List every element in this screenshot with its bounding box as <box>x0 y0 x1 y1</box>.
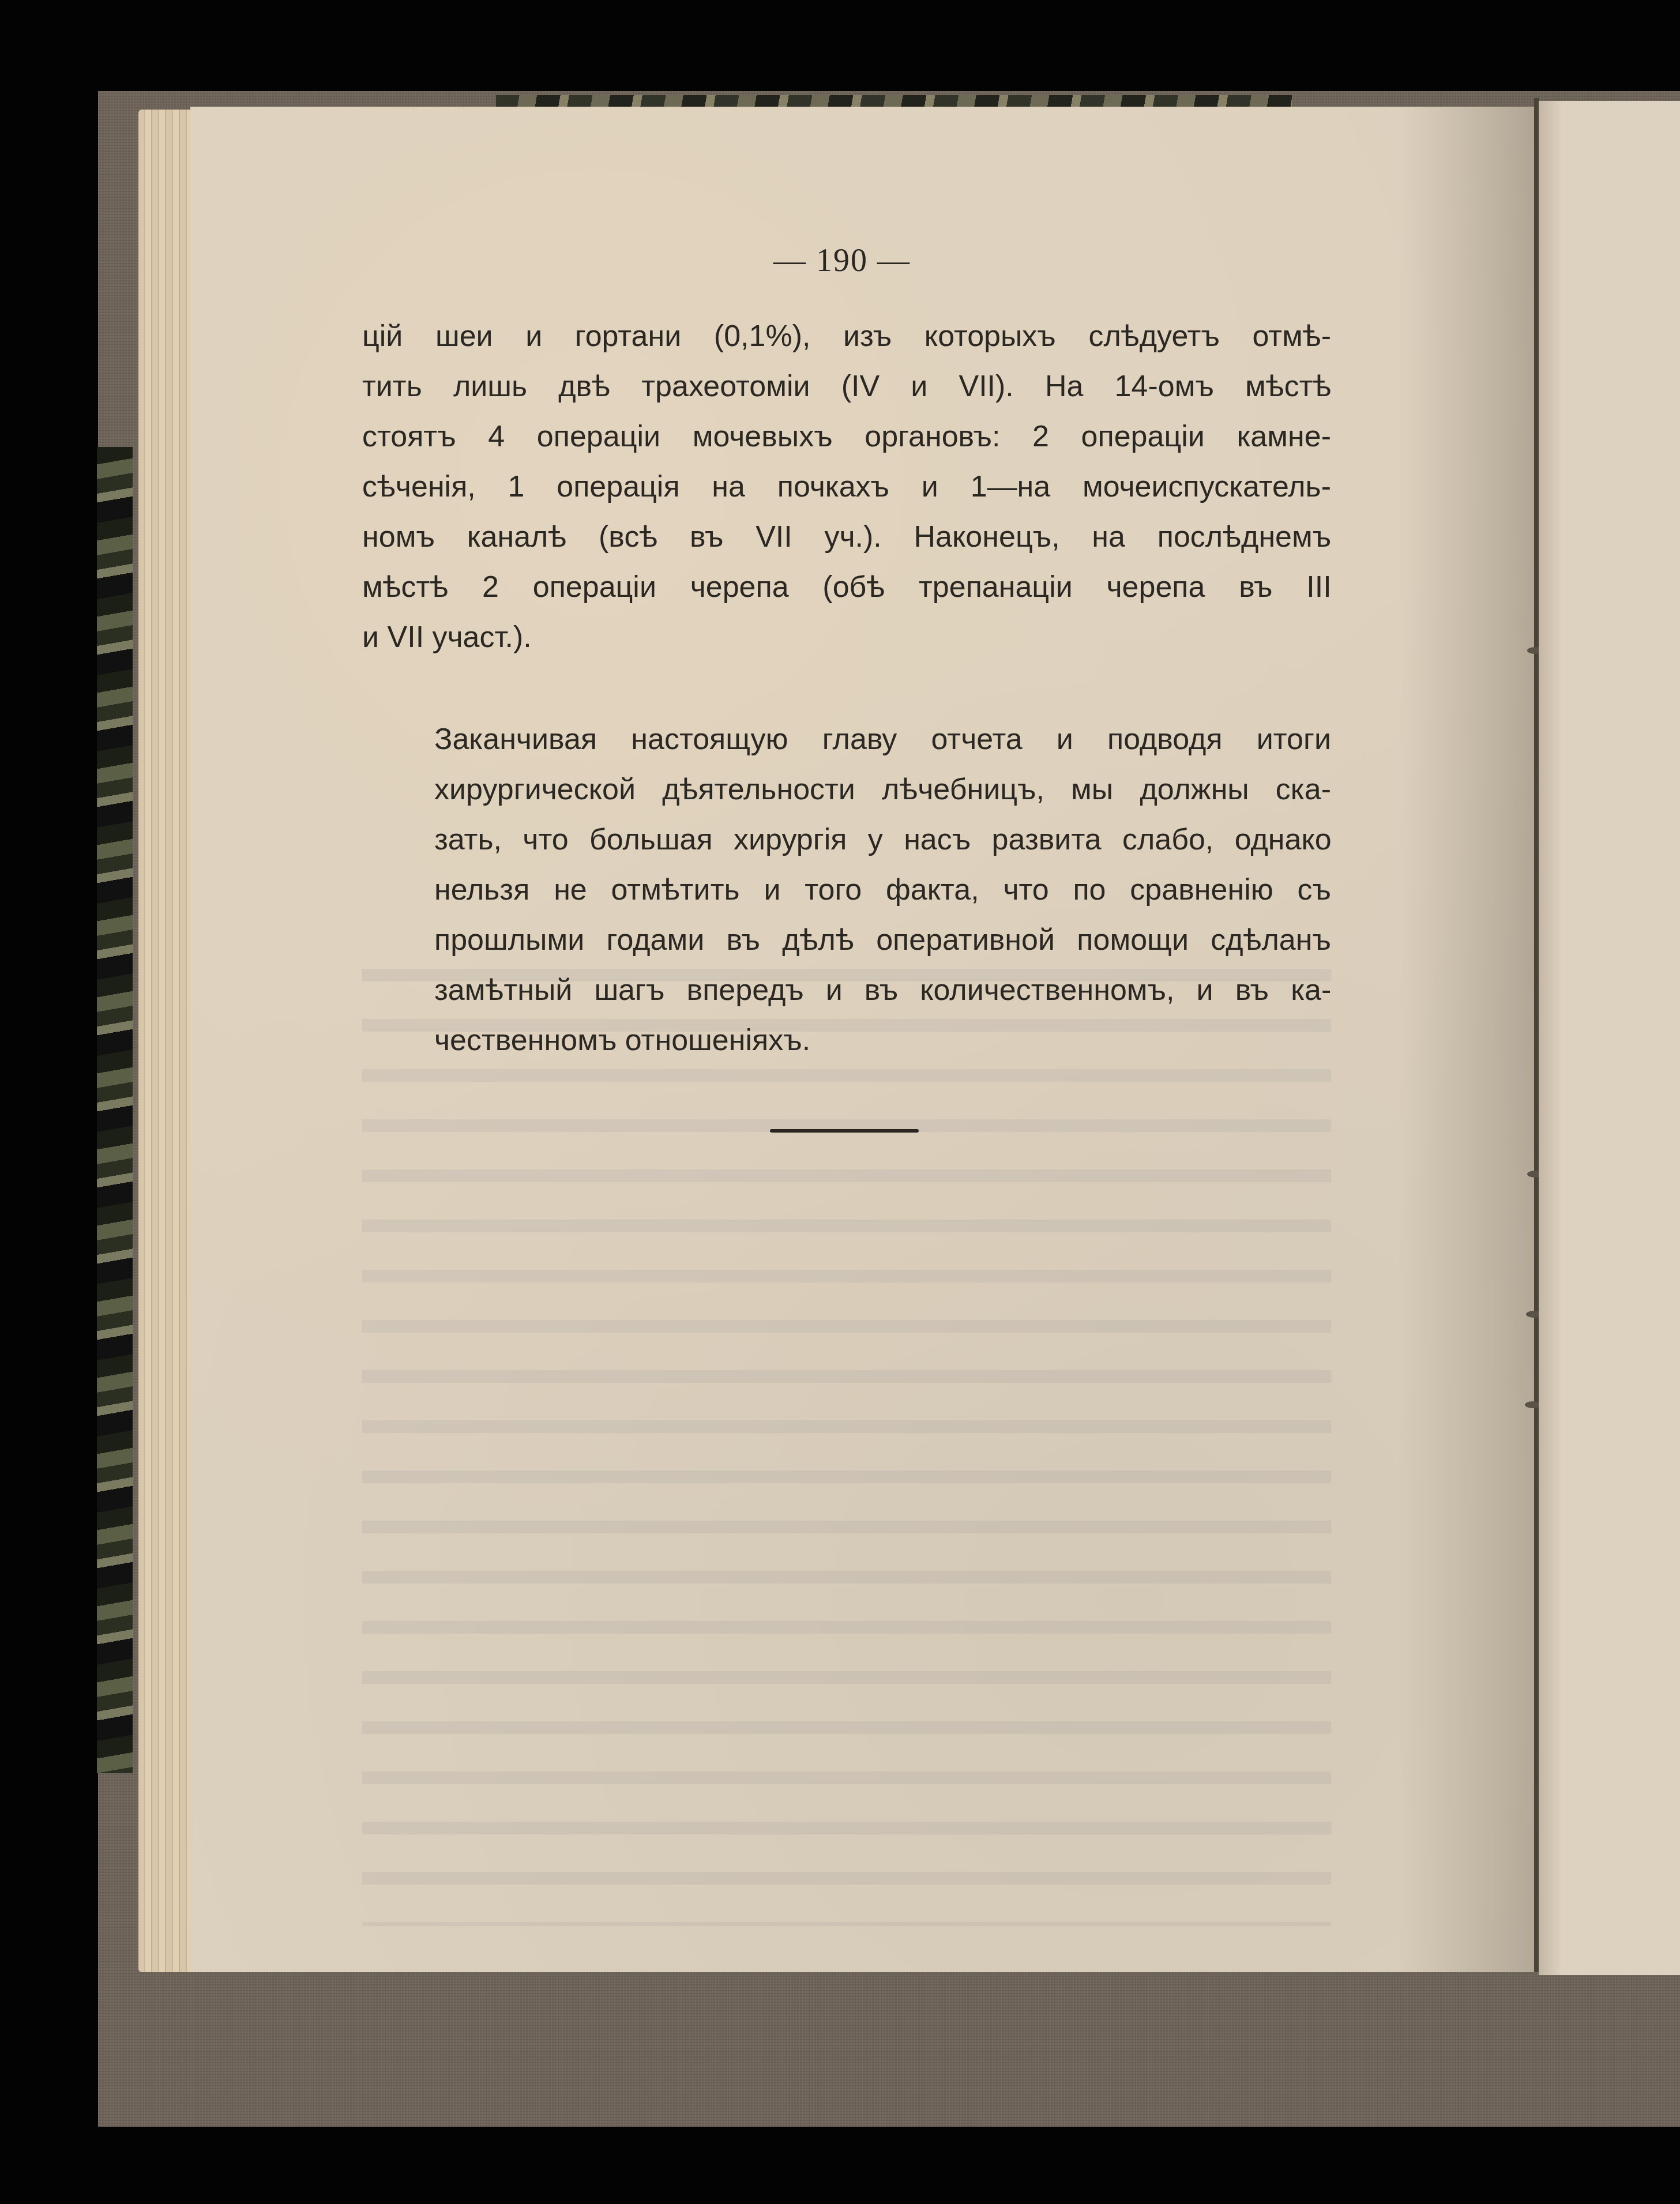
text-line: стоятъ 4 операціи мочевыхъ органовъ: 2 о… <box>362 412 1331 462</box>
text-line: номъ каналѣ (всѣ въ VII уч.). Наконецъ, … <box>362 512 1331 562</box>
text-line: сѣченія, 1 операція на почкахъ и 1—на мо… <box>362 462 1331 512</box>
text-line: Заканчивая настоящую главу отчета и подв… <box>362 714 1331 765</box>
section-end-rule <box>770 1129 919 1133</box>
paragraph-2: Заканчивая настоящую главу отчета и подв… <box>362 714 1331 1066</box>
text-line: мѣстѣ 2 операціи черепа (обѣ трепанаціи … <box>362 562 1331 612</box>
text-line: хирургической дѣятельности лѣчебницъ, мы… <box>362 765 1331 815</box>
text-line: зать, что большая хирургія у насъ развит… <box>362 815 1331 865</box>
page-edges <box>138 110 196 1972</box>
book-gutter <box>1534 98 1539 1972</box>
marbled-endpaper-edge <box>97 447 133 1773</box>
text-line: цій шеи и гортани (0,1%), изъ которыхъ с… <box>362 311 1331 362</box>
text-line: нельзя не отмѣтить и того факта, что по … <box>362 865 1331 915</box>
page-number: — 190 — <box>750 242 934 279</box>
body-text: цій шеи и гортани (0,1%), изъ которыхъ с… <box>362 311 1331 1066</box>
text-line: чественномъ отношеніяхъ. <box>362 1016 1331 1066</box>
text-line: тить лишь двѣ трахеотоміи (IV и VII). На… <box>362 362 1331 412</box>
text-line: и VII участ.). <box>362 612 1331 663</box>
text-line: прошлыми годами въ дѣлѣ оперативной помо… <box>362 915 1331 965</box>
paragraph-1: цій шеи и гортани (0,1%), изъ которыхъ с… <box>362 311 1331 663</box>
text-line: замѣтный шагъ впередъ и въ количественно… <box>362 965 1331 1016</box>
facing-page <box>1539 101 1680 1975</box>
